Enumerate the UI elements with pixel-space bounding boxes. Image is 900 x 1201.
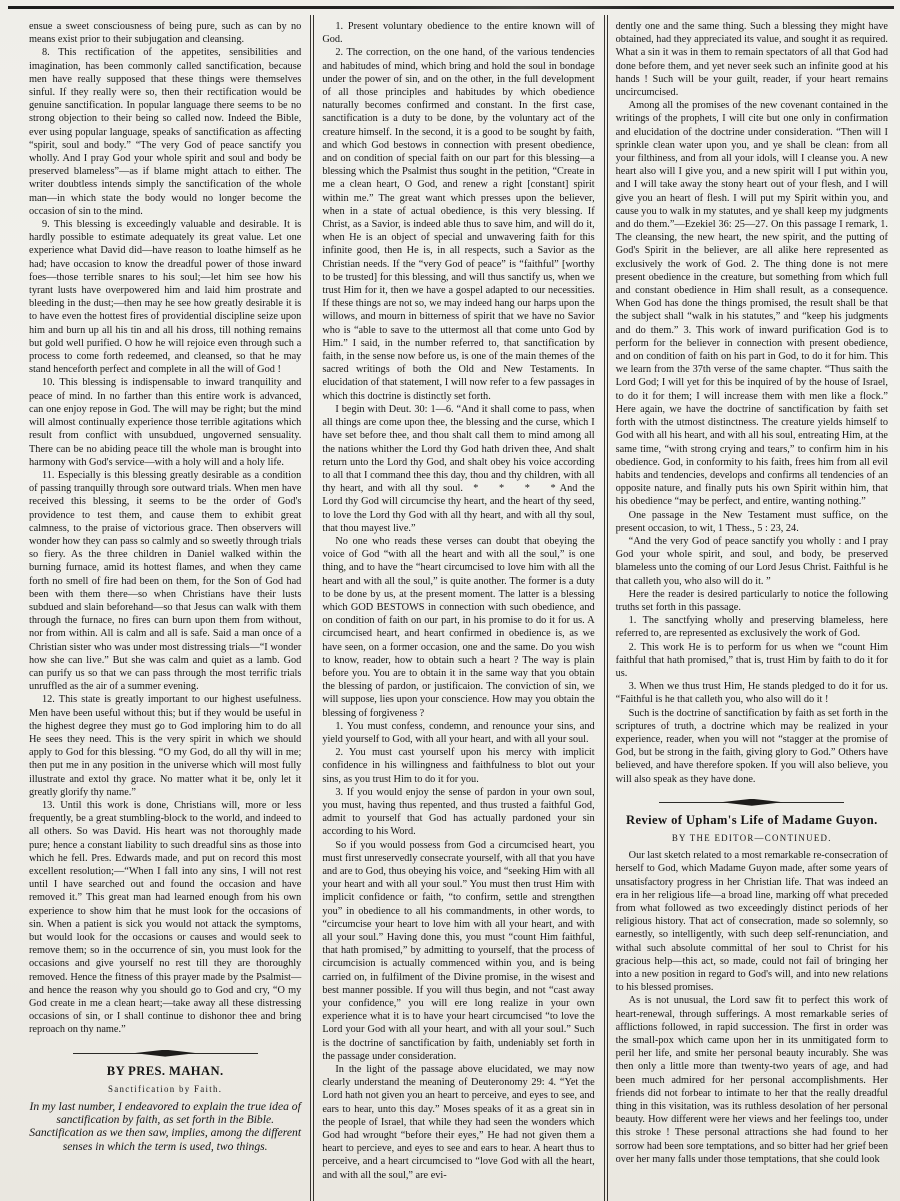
paragraph: 8. This rectification of the appetites, … <box>29 46 301 218</box>
paragraph: 3. When we thus trust Him, He stands ple… <box>616 680 888 706</box>
paragraph: One passage in the New Testament must su… <box>616 509 888 535</box>
paragraph: 1. The sanctfying wholly and preserving … <box>616 614 888 640</box>
paragraph: Here the reader is desired particularly … <box>616 588 888 614</box>
paragraph: Our last sketch related to a most remark… <box>616 849 888 994</box>
paragraph: 11. Especially is this blessing greatly … <box>29 469 301 693</box>
column-divider <box>604 15 608 1201</box>
paragraph: Such is the doctrine of sanctification b… <box>616 707 888 786</box>
columns-container: ensue a sweet consciousness of being pur… <box>22 15 896 1201</box>
top-rule <box>8 6 894 9</box>
diamond-ornament-icon <box>721 799 783 806</box>
paragraph: dently one and the same thing. Such a bl… <box>616 20 888 99</box>
paragraph: In the light of the passage above elucid… <box>322 1063 594 1182</box>
section-divider-ornament <box>616 798 888 807</box>
paragraph: 2. This work He is to perform for us whe… <box>616 641 888 681</box>
byline: BY THE EDITOR—CONTINUED. <box>616 832 888 845</box>
paragraph: 10. This blessing is indispensable to in… <box>29 376 301 468</box>
section-divider-ornament <box>29 1049 301 1058</box>
paragraph: I begin with Deut. 30: 1—6. “And it shal… <box>322 403 594 535</box>
paragraph: So if you would possess from God a circu… <box>322 839 594 1063</box>
article-title: Review of Upham's Life of Madame Guyon. <box>616 814 888 827</box>
paragraph: 1. Present voluntary obedience to the en… <box>322 20 594 46</box>
column-divider <box>310 15 314 1201</box>
column-left: ensue a sweet consciousness of being pur… <box>22 15 309 1201</box>
paragraph: No one who reads these verses can doubt … <box>322 535 594 720</box>
paragraph: 3. If you would enjoy the sense of pardo… <box>322 786 594 839</box>
paragraph: 12. This state is greatly important to o… <box>29 693 301 799</box>
column-middle: 1. Present voluntary obedience to the en… <box>315 15 602 1201</box>
paragraph: 2. The correction, on the one hand, of t… <box>322 46 594 402</box>
paragraph: 13. Until this work is done, Christians … <box>29 799 301 1037</box>
paragraph: As is not unusual, the Lord saw fit to p… <box>616 994 888 1166</box>
diamond-ornament-icon <box>134 1050 196 1057</box>
byline: Sanctification by Faith. <box>29 1083 301 1096</box>
paragraph: ensue a sweet consciousness of being pur… <box>29 20 301 46</box>
scanned-periodical-page: ensue a sweet consciousness of being pur… <box>0 0 900 1201</box>
article-subtitle: In my last number, I endeavored to expla… <box>29 1100 301 1153</box>
paragraph: “And the very God of peace sanctify you … <box>616 535 888 588</box>
paragraph: 1. You must confess, condemn, and renoun… <box>322 720 594 746</box>
paragraph: 2. You must cast yourself upon his mercy… <box>322 746 594 786</box>
article-title: BY PRES. MAHAN. <box>29 1065 301 1078</box>
paragraph: 9. This blessing is exceedingly valuable… <box>29 218 301 376</box>
column-right: dently one and the same thing. Such a bl… <box>609 15 896 1201</box>
paragraph: Among all the promises of the new covena… <box>616 99 888 508</box>
